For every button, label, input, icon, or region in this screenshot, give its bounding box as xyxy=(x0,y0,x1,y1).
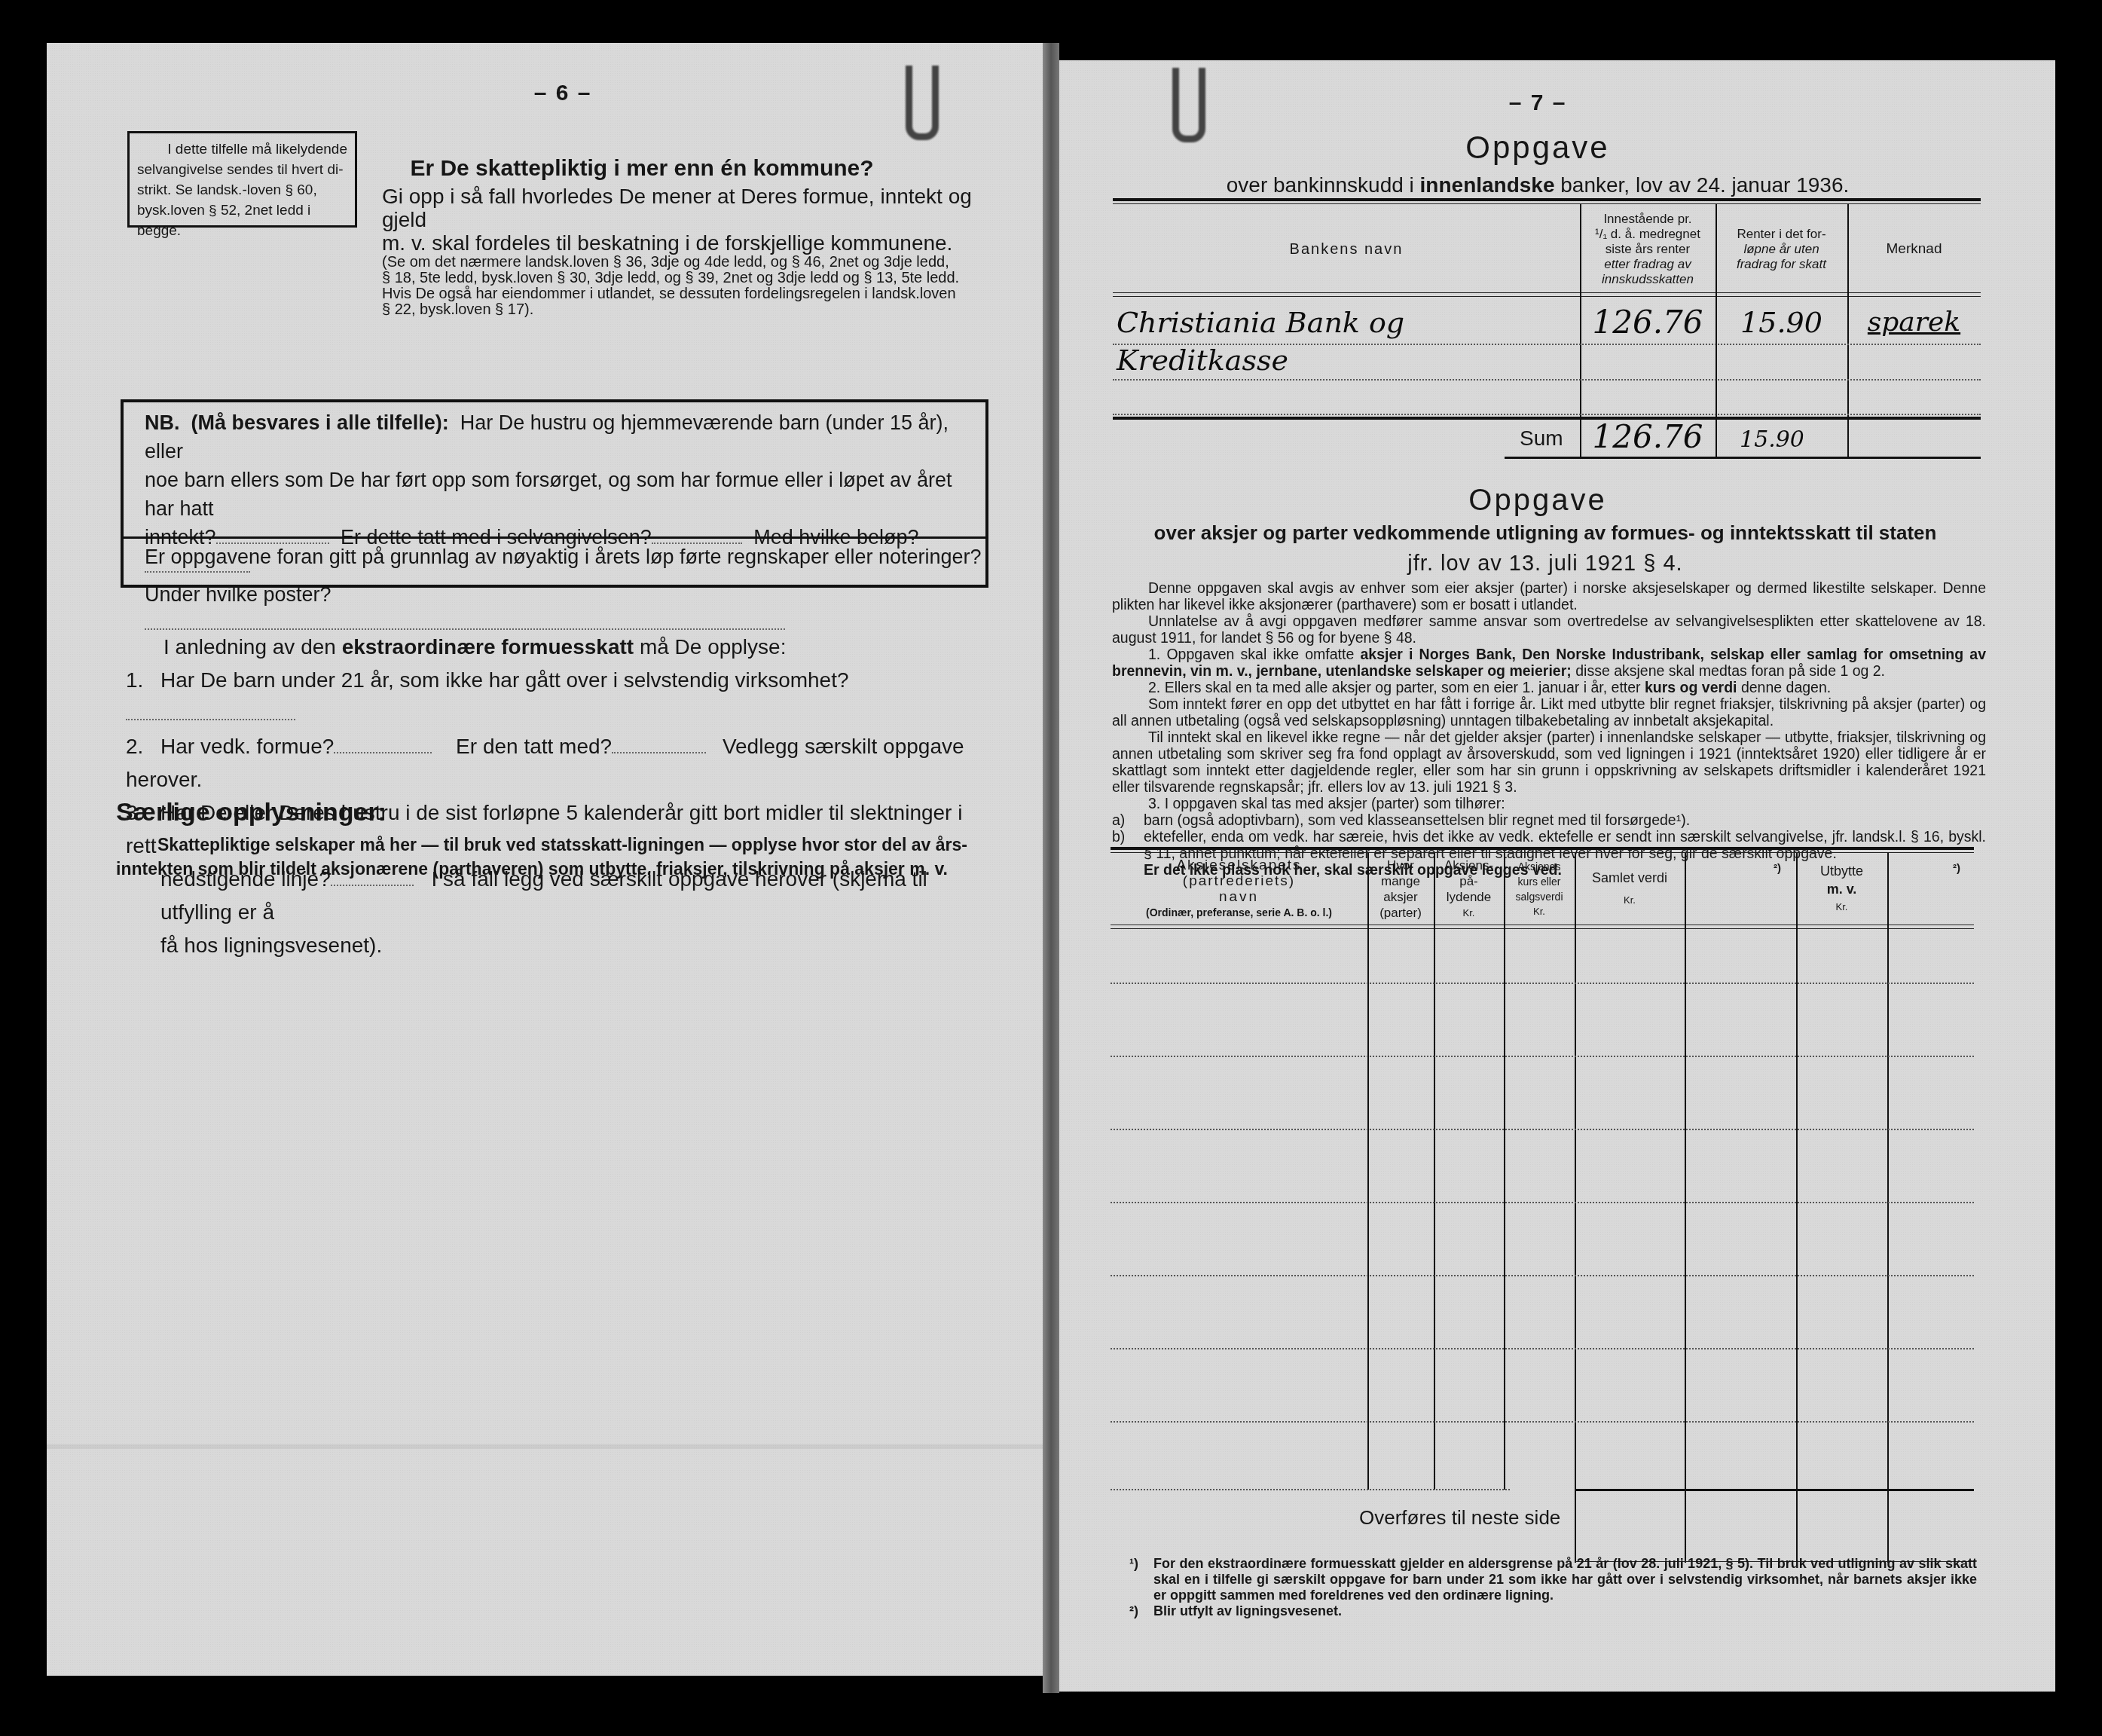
side-note-line-1: I dette tilfelle må likelydende xyxy=(137,139,347,160)
bank-header-rule-2 xyxy=(1113,296,1981,297)
nominal-h2: på- xyxy=(1459,873,1478,889)
footnote-1-text: For den ekstraordinære formuesskatt gjel… xyxy=(1153,1556,1977,1603)
col-header-dividend: Utbytte m. v. Kr. xyxy=(1796,854,1887,924)
col-header-count: Hvor mange aksjer (parter) xyxy=(1367,854,1434,924)
shares-row[interactable] xyxy=(1111,1421,1974,1423)
q-posts-label: Under hvilke poster? xyxy=(145,583,331,606)
special-heading: Særlige opplysninger: xyxy=(116,798,386,827)
shares-col-divider-1 xyxy=(1367,853,1369,1490)
remark-cell[interactable]: sparek xyxy=(1847,304,1981,341)
col-header-bank-name: Bankens navn xyxy=(1113,206,1580,292)
footnote-1: ¹) For den ekstraordinære formuesskatt g… xyxy=(1129,1556,1977,1603)
shares-col-divider-5 xyxy=(1685,853,1686,1563)
shares-header-rule-2 xyxy=(1111,928,1974,929)
shares-col-divider-7 xyxy=(1887,853,1889,1563)
fold-shadow xyxy=(47,1444,1043,1449)
shares-col-divider-6 xyxy=(1796,853,1798,1563)
question-1-number: 1. xyxy=(126,664,160,697)
footnote-2-text: Blir utfylt av ligningsvesenet. xyxy=(1153,1603,1342,1619)
shares-header-rule xyxy=(1111,925,1974,925)
instruction-para-4: 2. Ellers skal en ta med alle aksjer og … xyxy=(1112,680,1986,696)
balance-header-l3: siste års renter xyxy=(1606,242,1690,257)
interest-cell[interactable]: 15.90 xyxy=(1716,304,1847,341)
count-h3: aksjer xyxy=(1383,889,1417,905)
answer-1-field[interactable] xyxy=(126,702,295,720)
municipality-note-3: Hvis De også har eiendommer i utlandet, … xyxy=(382,286,1000,302)
subtitle-bold: innenlandske xyxy=(1420,173,1555,197)
intro-bold: ekstraordinære formuesskatt xyxy=(342,635,634,659)
shares-row[interactable] xyxy=(1111,1348,1974,1349)
shares-row[interactable] xyxy=(1111,1275,1974,1276)
company-h1: Aksjeselskapets xyxy=(1176,857,1301,873)
page-number: – 6 – xyxy=(499,81,627,106)
municipality-note-4: § 22, bysk.loven § 17). xyxy=(382,302,1000,318)
intro-post: må De opplyse: xyxy=(640,635,787,659)
bank-sum-rule xyxy=(1113,417,1981,420)
bank-form-title: Oppgave xyxy=(1361,130,1715,166)
page-number: – 7 – xyxy=(1481,90,1594,116)
balance-cell[interactable]: 126.76 xyxy=(1580,304,1716,341)
answer-2a-field[interactable] xyxy=(334,735,432,753)
col-header-footnote-2a: ²) xyxy=(1774,862,1781,875)
sum-label: Sum xyxy=(1520,426,1563,451)
municipality-heading: Er De skattepliktig i mer enn én kommune… xyxy=(378,156,906,182)
shares-table: Aksjeselskapets (partrederiets) navn (Or… xyxy=(1111,847,1974,1563)
instruction-item-a: a) barn (også adoptivbarn), som ved klas… xyxy=(1112,812,1986,829)
footnotes: ¹) For den ekstraordinære formuesskatt g… xyxy=(1129,1556,1977,1619)
extraordinary-intro: I anledning av den ekstraordinære formue… xyxy=(126,631,992,664)
shares-form-subtitle-2: jfr. lov av 13. juli 1921 § 4. xyxy=(1255,552,1835,576)
bank-table-top-rule xyxy=(1113,198,1981,201)
dividend-h3: Kr. xyxy=(1836,898,1848,916)
bank-row-rule-3 xyxy=(1113,414,1981,415)
price-h3: salgsverdi xyxy=(1515,889,1563,904)
col-header-nominal: Aksjens- på- lydende Kr. xyxy=(1434,854,1504,924)
question-1: 1.Har De barn under 21 år, som ikke har … xyxy=(126,664,992,730)
balance-header-l1: Innestående pr. xyxy=(1603,212,1691,227)
interest-header-l1: Renter i det for- xyxy=(1737,227,1826,242)
instruction-para-3: 1. Oppgaven skal ikke omfatte aksjer i N… xyxy=(1112,646,1986,680)
bank-table: Bankens navn Innestående pr. ¹/₁ d. å. m… xyxy=(1113,198,1981,458)
nb-divider xyxy=(124,536,985,539)
item-a-label: a) xyxy=(1112,812,1144,829)
right-page: – 7 – Oppgave over bankinnskudd i innenl… xyxy=(1059,60,2055,1692)
shares-row[interactable] xyxy=(1111,983,1974,984)
bank-row-rule-1 xyxy=(1113,344,1981,345)
shares-row[interactable] xyxy=(1111,1129,1974,1130)
left-page: – 6 – I dette tilfelle må likelydende se… xyxy=(47,43,1043,1676)
col-header-remark: Merknad xyxy=(1847,206,1981,292)
side-note-line-3: strikt. Se landsk.-loven § 60, xyxy=(137,180,347,200)
shares-row[interactable] xyxy=(1111,1056,1974,1057)
dividend-h2: m. v. xyxy=(1827,880,1857,898)
col-header-interest: Renter i det for- løpne år uten fradrag … xyxy=(1716,206,1847,292)
total-h1: Samlet verdi xyxy=(1592,866,1667,889)
bank-name-cell[interactable]: Christiania Bank og Kreditkasse xyxy=(1117,304,1576,379)
para4-bold: kurs og verdi xyxy=(1645,680,1737,696)
count-h4: (parter) xyxy=(1379,905,1422,921)
footnote-2: ²) Blir utfylt av ligningsvesenet. xyxy=(1129,1603,1977,1619)
dividend-h1: Utbytte xyxy=(1820,862,1863,880)
book-gutter xyxy=(1043,43,1059,1693)
balance-header-l4: etter fradrag av xyxy=(1604,257,1691,272)
count-h1: Hvor xyxy=(1387,857,1414,873)
col-header-balance: Innestående pr. ¹/₁ d. å. medregnet sist… xyxy=(1580,206,1716,292)
paperclip-mark xyxy=(1172,68,1205,142)
col-header-company: Aksjeselskapets (partrederiets) navn (Or… xyxy=(1111,854,1367,924)
question-2: 2.Har vedk. formue? Er den tatt med? Ved… xyxy=(126,730,992,796)
question-2-q1: Har vedk. formue? xyxy=(160,735,334,758)
item-a-text: barn (også adoptivbarn), som ved klassea… xyxy=(1144,812,1690,829)
sum-balance-cell[interactable]: 126.76 xyxy=(1580,418,1716,456)
nb-line-4: Under hvilke poster? xyxy=(145,580,963,637)
answer-2b-field[interactable] xyxy=(612,735,706,753)
intro-pre: I anledning av den xyxy=(163,635,336,659)
municipality-note-2: § 18, 5te ledd, bysk.loven § 30, 3dje le… xyxy=(382,270,1000,286)
municipality-line-2: m. v. skal fordeles til beskatning i de … xyxy=(382,231,1000,255)
sum-interest-cell[interactable]: 15.90 xyxy=(1716,421,1829,459)
municipality-line-1: Gi opp i så fall hvorledes De mener at D… xyxy=(382,185,1000,231)
footnote-2-mark: ²) xyxy=(1129,1603,1153,1619)
instruction-para-5: Som inntekt fører en opp det utbyttet en… xyxy=(1112,696,1986,729)
balance-header-l2: ¹/₁ d. å. medregnet xyxy=(1595,227,1700,242)
question-2-q2: Er den tatt med? xyxy=(456,735,612,758)
special-line-2: inntekten som blir tildelt aksjonærene (… xyxy=(116,857,1043,881)
bank-row-rule-2 xyxy=(1113,379,1981,381)
nb-line-1: NB. (Må besvares i alle tilfelle): Har D… xyxy=(145,408,963,466)
price-h1: Aksjenes xyxy=(1518,859,1561,874)
balance-header-l5: innskudsskatten xyxy=(1602,272,1694,287)
nb-label-paren: (Må besvares i alle tilfelle): xyxy=(191,411,449,434)
interest-header-l2: løpne år uten xyxy=(1743,242,1819,257)
shares-top-rule xyxy=(1111,847,1974,850)
para4-post: denne dagen. xyxy=(1741,680,1831,696)
side-note-box: I dette tilfelle må likelydende selvangi… xyxy=(127,131,357,228)
footnote-1-mark: ¹) xyxy=(1129,1556,1153,1603)
nb-line-2: noe barn ellers som De har ført opp som … xyxy=(145,466,963,523)
para3-post: disse aksjene skal medtas foran på side … xyxy=(1575,663,1885,680)
shares-instructions: Denne oppgaven skal avgis av enhver som … xyxy=(1112,580,1986,879)
price-h2: kurs eller xyxy=(1518,874,1561,889)
municipality-text: Gi opp i så fall hvorledes De mener at D… xyxy=(382,185,1000,318)
answer-included-field[interactable] xyxy=(652,526,742,544)
company-h4: (Ordinær, preferanse, serie A. B. o. l.) xyxy=(1146,905,1332,921)
shares-col-divider-3 xyxy=(1504,853,1505,1490)
shares-row[interactable] xyxy=(1111,1489,1510,1490)
answer-income-field[interactable] xyxy=(216,526,329,544)
instruction-para-7: 3. I oppgaven skal tas med aksjer (parte… xyxy=(1112,796,1986,812)
bank-table-top-rule-2 xyxy=(1113,203,1981,204)
col-header-total: Samlet verdi Kr. xyxy=(1575,854,1685,924)
shares-top-rule-2 xyxy=(1111,852,1974,853)
para4-pre: 2. Ellers skal en ta med alle aksjer og … xyxy=(1148,680,1641,696)
question-2-number: 2. xyxy=(126,730,160,763)
instruction-para-6: Til inntekt skal en likevel ikke regne —… xyxy=(1112,729,1986,796)
company-h3: navn xyxy=(1219,889,1259,905)
interest-header-l3: fradrag for skatt xyxy=(1737,257,1826,272)
bank-form-subtitle: over bankinnskudd i innenlandske banker,… xyxy=(1135,173,1941,197)
total-h2: Kr. xyxy=(1624,889,1636,912)
carry-top-rule xyxy=(1575,1489,1974,1491)
company-h2: (partrederiets) xyxy=(1183,873,1295,889)
special-text: Skattepliktige selskaper må her — til br… xyxy=(116,833,1043,881)
shares-form-subtitle: over aksjer og parter vedkommende utlign… xyxy=(1104,521,1986,545)
extraordinary-section: I anledning av den ekstraordinære formue… xyxy=(126,631,992,962)
question-1-text: Har De barn under 21 år, som ikke har gå… xyxy=(160,668,849,692)
count-h2: mange xyxy=(1381,873,1420,889)
nb-label-text: NB. xyxy=(145,411,180,434)
shares-col-divider-2 xyxy=(1434,853,1435,1490)
carry-forward-label: Overføres til neste side xyxy=(1359,1506,1560,1530)
shares-col-divider-4 xyxy=(1575,853,1576,1563)
shares-form-title: Oppgave xyxy=(1361,484,1715,518)
municipality-note-1: (Se om det nærmere landsk.loven § 36, 3d… xyxy=(382,255,1000,270)
shares-row[interactable] xyxy=(1111,1202,1974,1203)
side-note-line-2: selvangivelse sendes til hvert di- xyxy=(137,160,347,180)
col-header-price: Aksjenes kurs eller salgsverdi Kr. xyxy=(1504,854,1575,924)
instruction-para-1: Denne oppgaven skal avgis av enhver som … xyxy=(1112,580,1986,613)
bank-bottom-rule xyxy=(1505,457,1981,459)
special-line-1: Skattepliktige selskaper må her — til br… xyxy=(116,833,1043,857)
price-h4: Kr. xyxy=(1533,904,1545,919)
question-3-line-3: få hos ligningsvesenet). xyxy=(126,929,992,962)
nominal-h4: Kr. xyxy=(1463,905,1475,921)
side-note-line-4: bysk.loven § 52, 2net ledd i begge. xyxy=(137,200,347,241)
answer-posts-field[interactable] xyxy=(145,612,785,630)
instruction-para-2: Unnlatelse av å avgi oppgaven medfører s… xyxy=(1112,613,1986,646)
col-header-footnote-2b: ²) xyxy=(1953,862,1960,875)
para3-pre: 1. Oppgaven skal ikke omfatte xyxy=(1148,646,1354,663)
paperclip-mark xyxy=(906,66,939,140)
subtitle-post: banker, lov av 24. januar 1936. xyxy=(1560,173,1849,197)
subtitle-pre: over bankinnskudd i xyxy=(1227,173,1414,197)
q-accounts-label: Er oppgavene foran gitt på grunnlag av n… xyxy=(145,542,982,571)
nb-box: NB. (Må besvares i alle tilfelle): Har D… xyxy=(121,399,988,588)
nominal-h1: Aksjens- xyxy=(1444,857,1493,873)
bank-header-rule xyxy=(1113,292,1981,293)
nominal-h3: lydende xyxy=(1447,889,1492,905)
